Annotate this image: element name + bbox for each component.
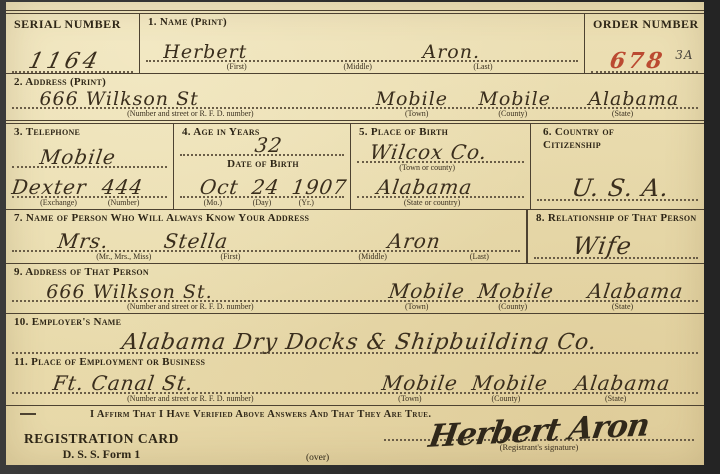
signature-block: Herbert Aron (Registrant's signature) <box>384 407 694 452</box>
dob-month-value: Oct <box>198 175 240 199</box>
employment-sublabels: (Number and street or R. F. D. number) (… <box>12 394 698 405</box>
name-last-value: Aron. <box>422 41 480 63</box>
name-label: 1. Name (Print) <box>140 14 584 29</box>
telephone-number-value: 444 <box>100 175 145 199</box>
contact-address-street-value: 666 Wilkson St. <box>46 281 212 303</box>
sublabel-state: (State) <box>612 109 633 118</box>
order-number-line: 6783A <box>591 32 698 73</box>
row-address: 2. Address (Print) 666 Wilkson St Mobile… <box>6 74 704 124</box>
row-contact-relationship: 7. Name of Person Who Will Always Know Y… <box>6 210 704 264</box>
footer-form-block: REGISTRATION CARD D. S. S. Form 1 <box>24 431 179 462</box>
address-sublabels: (Number and street or R. F. D. number) (… <box>12 109 698 120</box>
sublabel-county: (County) <box>491 394 520 403</box>
sublabel-town-or-county: (Town or county) <box>399 163 455 172</box>
birthplace-town-sublabel-row: (Town or county) <box>357 163 524 174</box>
contact-first-value: Stella <box>163 229 231 253</box>
sublabel-street: (Number and street or R. F. D. number) <box>127 109 253 118</box>
contact-name-cell: 7. Name of Person Who Will Always Know Y… <box>6 210 527 263</box>
contact-address-label: 9. Address of That Person <box>6 264 704 279</box>
sublabel-state-or-country: (State or country) <box>404 198 460 207</box>
dob-label: Date of Birth <box>174 156 350 171</box>
dob-year-value: 1907 <box>290 175 348 199</box>
contact-name-label: 7. Name of Person Who Will Always Know Y… <box>6 210 526 225</box>
address-line: 666 Wilkson St Mobile Mobile Alabama <box>12 89 698 109</box>
citizenship-label: 6. Country of Citizenship <box>531 124 674 151</box>
employment-county-value: Mobile <box>470 371 549 395</box>
employer-value: Alabama Dry Docks & Shipbuilding Co. <box>120 330 598 355</box>
dob-line: Oct 24 1907 <box>180 170 344 198</box>
sublabel-state: (State) <box>612 302 633 311</box>
screenshot-root: { "colors": {"card_bg": "#e9dcae", "ink"… <box>0 0 720 474</box>
citizenship-cell: 6. Country of Citizenship U. S. A. <box>531 124 704 209</box>
relationship-label: 8. Relationship of That Person <box>528 210 704 225</box>
sublabel-month: (Mo.) <box>204 198 222 207</box>
sublabel-title: (Mr., Mrs., Miss) <box>96 252 151 261</box>
telephone-sublabels: (Exchange) (Number) <box>12 198 167 209</box>
sublabel-exchange: (Exchange) <box>40 198 77 207</box>
employer-line: Alabama Dry Docks & Shipbuilding Co. <box>12 329 698 354</box>
row-telephone-age-birth-citizenship: 3. Telephone Mobile Dexter 444 (Exchange… <box>6 124 704 210</box>
contact-address-line: 666 Wilkson St. Mobile Mobile Alabama <box>12 279 698 302</box>
sublabel-middle: (Middle) <box>358 252 386 261</box>
affirmation-dash <box>20 413 36 415</box>
sublabel-town: (Town) <box>405 302 428 311</box>
age-cell: 4. Age in Years 32 Date of Birth Oct 24 … <box>174 124 351 209</box>
order-number-value: 678 <box>608 48 667 74</box>
row-employment-place: 11. Place of Employment or Business Ft. … <box>6 354 704 406</box>
birthplace-town-value: Wilcox Co. <box>369 140 490 164</box>
name-line: Herbert Aron. <box>146 29 578 62</box>
contact-last-value: Aron <box>386 229 442 253</box>
employment-street-value: Ft. Canal St. <box>51 371 195 395</box>
order-number-label: ORDER NUMBER <box>585 14 704 32</box>
birthplace-cell: 5. Place of Birth Wilcox Co. (Town or co… <box>351 124 531 209</box>
telephone-place-line: Mobile <box>12 139 167 169</box>
telephone-label: 3. Telephone <box>6 124 173 139</box>
relationship-line: Wife <box>534 225 698 259</box>
sublabel-town: (Town) <box>405 109 428 118</box>
birthplace-town-line: Wilcox Co. <box>357 139 524 163</box>
citizenship-value: U. S. A. <box>570 174 671 202</box>
sublabel-street: (Number and street or R. F. D. number) <box>127 302 253 311</box>
relationship-cell: 8. Relationship of That Person Wife <box>527 210 704 263</box>
sublabel-first: (First) <box>227 62 247 71</box>
contact-title-value: Mrs. <box>56 229 110 253</box>
affirmation-text: I Affirm That I Have Verified Above Answ… <box>90 409 431 420</box>
address-county-value: Mobile <box>478 88 550 110</box>
sublabel-county: (County) <box>498 302 527 311</box>
order-number-annotation: 3A <box>675 48 693 62</box>
dob-day-value: 24 <box>250 175 281 199</box>
sublabel-number: (Number) <box>108 198 140 207</box>
telephone-place-value: Mobile <box>38 145 117 169</box>
age-line: 32 <box>180 139 344 156</box>
employment-place-line: Ft. Canal St. Mobile Mobile Alabama <box>12 369 698 394</box>
row-employer: 10. Employer's Name Alabama Dry Docks & … <box>6 314 704 354</box>
order-number-cell: ORDER NUMBER 6783A <box>584 14 704 73</box>
birthplace-state-value: Alabama <box>375 175 474 199</box>
contact-address-county-value: Mobile <box>477 279 556 303</box>
contact-name-sublabels: (Mr., Mrs., Miss) (First) (Middle) (Last… <box>12 252 520 263</box>
relationship-value: Wife <box>571 232 634 260</box>
row-serial-name-order: SERIAL NUMBER 1164 1. Name (Print) Herbe… <box>6 14 704 74</box>
dob-sublabels: (Mo.) (Day) (Yr.) <box>180 198 344 209</box>
contact-address-state-value: Alabama <box>587 279 686 303</box>
sublabel-day: (Day) <box>253 198 272 207</box>
sublabel-first: (First) <box>220 252 240 261</box>
sublabel-last: (Last) <box>473 62 492 71</box>
serial-number-label: SERIAL NUMBER <box>6 14 139 32</box>
name-cell: 1. Name (Print) Herbert Aron. (First) (M… <box>140 14 584 73</box>
sublabel-year: (Yr.) <box>299 198 314 207</box>
sublabel-last: (Last) <box>470 252 489 261</box>
contact-address-sublabels: (Number and street or R. F. D. number) (… <box>12 302 698 313</box>
address-street-value: 666 Wilkson St <box>39 88 198 110</box>
employment-state-value: Alabama <box>573 371 672 395</box>
sublabel-county: (County) <box>498 109 527 118</box>
sublabel-middle: (Middle) <box>343 62 371 71</box>
employment-place-label: 11. Place of Employment or Business <box>6 354 704 369</box>
row-contact-address: 9. Address of That Person 666 Wilkson St… <box>6 264 704 314</box>
citizenship-line: U. S. A. <box>537 151 698 201</box>
birthplace-state-sublabel-row: (State or country) <box>357 198 524 209</box>
serial-number-cell: SERIAL NUMBER 1164 <box>6 14 140 73</box>
form-number: D. S. S. Form 1 <box>24 447 179 462</box>
registration-card-title: REGISTRATION CARD <box>24 431 179 447</box>
address-town-value: Mobile <box>376 88 448 110</box>
contact-address-town-value: Mobile <box>388 279 467 303</box>
age-value: 32 <box>254 133 285 157</box>
telephone-exchange-value: Dexter <box>10 175 88 199</box>
telephone-cell: 3. Telephone Mobile Dexter 444 (Exchange… <box>6 124 174 209</box>
name-first-value: Herbert <box>163 41 247 63</box>
sublabel-street: (Number and street or R. F. D. number) <box>127 394 253 403</box>
sublabel-town: (Town) <box>398 394 421 403</box>
employer-label: 10. Employer's Name <box>6 314 704 329</box>
telephone-number-line: Dexter 444 <box>12 168 167 198</box>
serial-number-line: 1164 <box>12 32 133 73</box>
birthplace-label: 5. Place of Birth <box>351 124 530 139</box>
contact-name-line: Mrs. Stella Aron <box>12 225 520 252</box>
name-sublabels: (First) (Middle) (Last) <box>146 62 578 73</box>
sublabel-state: (State) <box>605 394 626 403</box>
birthplace-state-line: Alabama <box>357 174 524 198</box>
row-footer: REGISTRATION CARD D. S. S. Form 1 (over)… <box>6 423 704 465</box>
serial-number-value: 1164 <box>26 49 104 74</box>
registration-card: SERIAL NUMBER 1164 1. Name (Print) Herbe… <box>6 2 704 465</box>
card-form: SERIAL NUMBER 1164 1. Name (Print) Herbe… <box>6 10 704 465</box>
over-label: (over) <box>306 453 329 463</box>
employment-town-value: Mobile <box>381 371 460 395</box>
address-label: 2. Address (Print) <box>6 74 704 89</box>
address-state-value: Alabama <box>588 88 679 110</box>
